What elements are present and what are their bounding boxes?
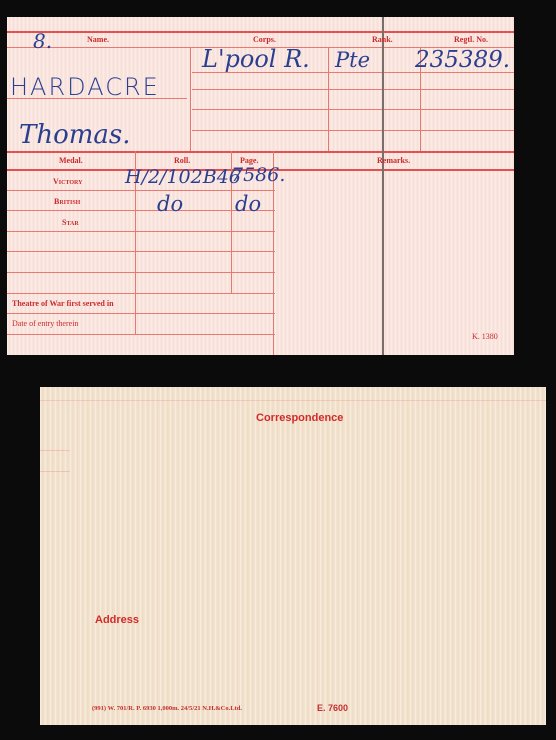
medal-label-british: British (54, 197, 80, 206)
rule-top (7, 31, 514, 33)
handwritten-victory-page: 7586. (231, 164, 285, 186)
medal-index-card-front: Name. Corps. Rank. Regtl. No. Medal. Rol… (7, 17, 514, 355)
col-divider-corps (190, 47, 191, 151)
imprint-code: E. 7600 (317, 703, 348, 713)
faint-rule-left-2 (40, 471, 70, 472)
form-code: K. 1380 (472, 332, 498, 341)
rule-name-bottom (7, 151, 514, 153)
header-corps: Corps. (253, 35, 276, 44)
faint-rule-top (40, 400, 546, 401)
printer-imprint: (991) W. 701/R. P. 6930 1,000m. 24/5/21 … (92, 705, 242, 712)
rule-medal-1 (7, 190, 275, 191)
header-medal: Medal. (59, 156, 83, 165)
rule-theatre-bottom (7, 313, 275, 314)
medal-index-card-back: Correspondence Address (991) W. 701/R. P… (40, 387, 546, 725)
handwritten-index-mark: 8. (33, 29, 52, 53)
address-label: Address (95, 614, 139, 626)
rule-theatre-top (7, 293, 275, 294)
handwritten-corps: L'pool R. (202, 45, 310, 73)
header-remarks: Remarks. (377, 156, 410, 165)
correspondence-label: Correspondence (256, 412, 343, 424)
rule-row-4 (192, 130, 514, 131)
header-regtl-no: Regtl. No. (454, 35, 488, 44)
header-name: Name. (87, 35, 109, 44)
theatre-of-war-label: Theatre of War first served in (12, 299, 114, 308)
handwritten-regtl-no: 235389. (415, 47, 510, 73)
rule-date-bottom (7, 334, 275, 335)
rule-medal-3 (7, 231, 275, 232)
date-of-entry-label: Date of entry therein (12, 319, 78, 328)
col-divider-rank (328, 47, 329, 151)
medal-label-victory: Victory (53, 177, 82, 186)
handwritten-rank: Pte (335, 48, 370, 72)
card-fold-line (382, 17, 384, 355)
rule-row-2 (192, 89, 514, 90)
rule-medal-4 (7, 251, 275, 252)
header-roll: Roll. (174, 156, 190, 165)
handwritten-victory-roll: H/2/102B46 (125, 166, 241, 188)
header-rank: Rank. (372, 35, 393, 44)
handwritten-surname: HARDACRE (10, 73, 160, 101)
handwritten-forename: Thomas. (19, 120, 131, 150)
handwritten-british-page: do (235, 192, 261, 216)
handwritten-british-roll: do (157, 192, 183, 216)
rule-medal-5 (7, 272, 275, 273)
rule-row-3 (192, 109, 514, 110)
faint-rule-left-1 (40, 450, 70, 451)
medal-label-star: Star (62, 218, 79, 227)
